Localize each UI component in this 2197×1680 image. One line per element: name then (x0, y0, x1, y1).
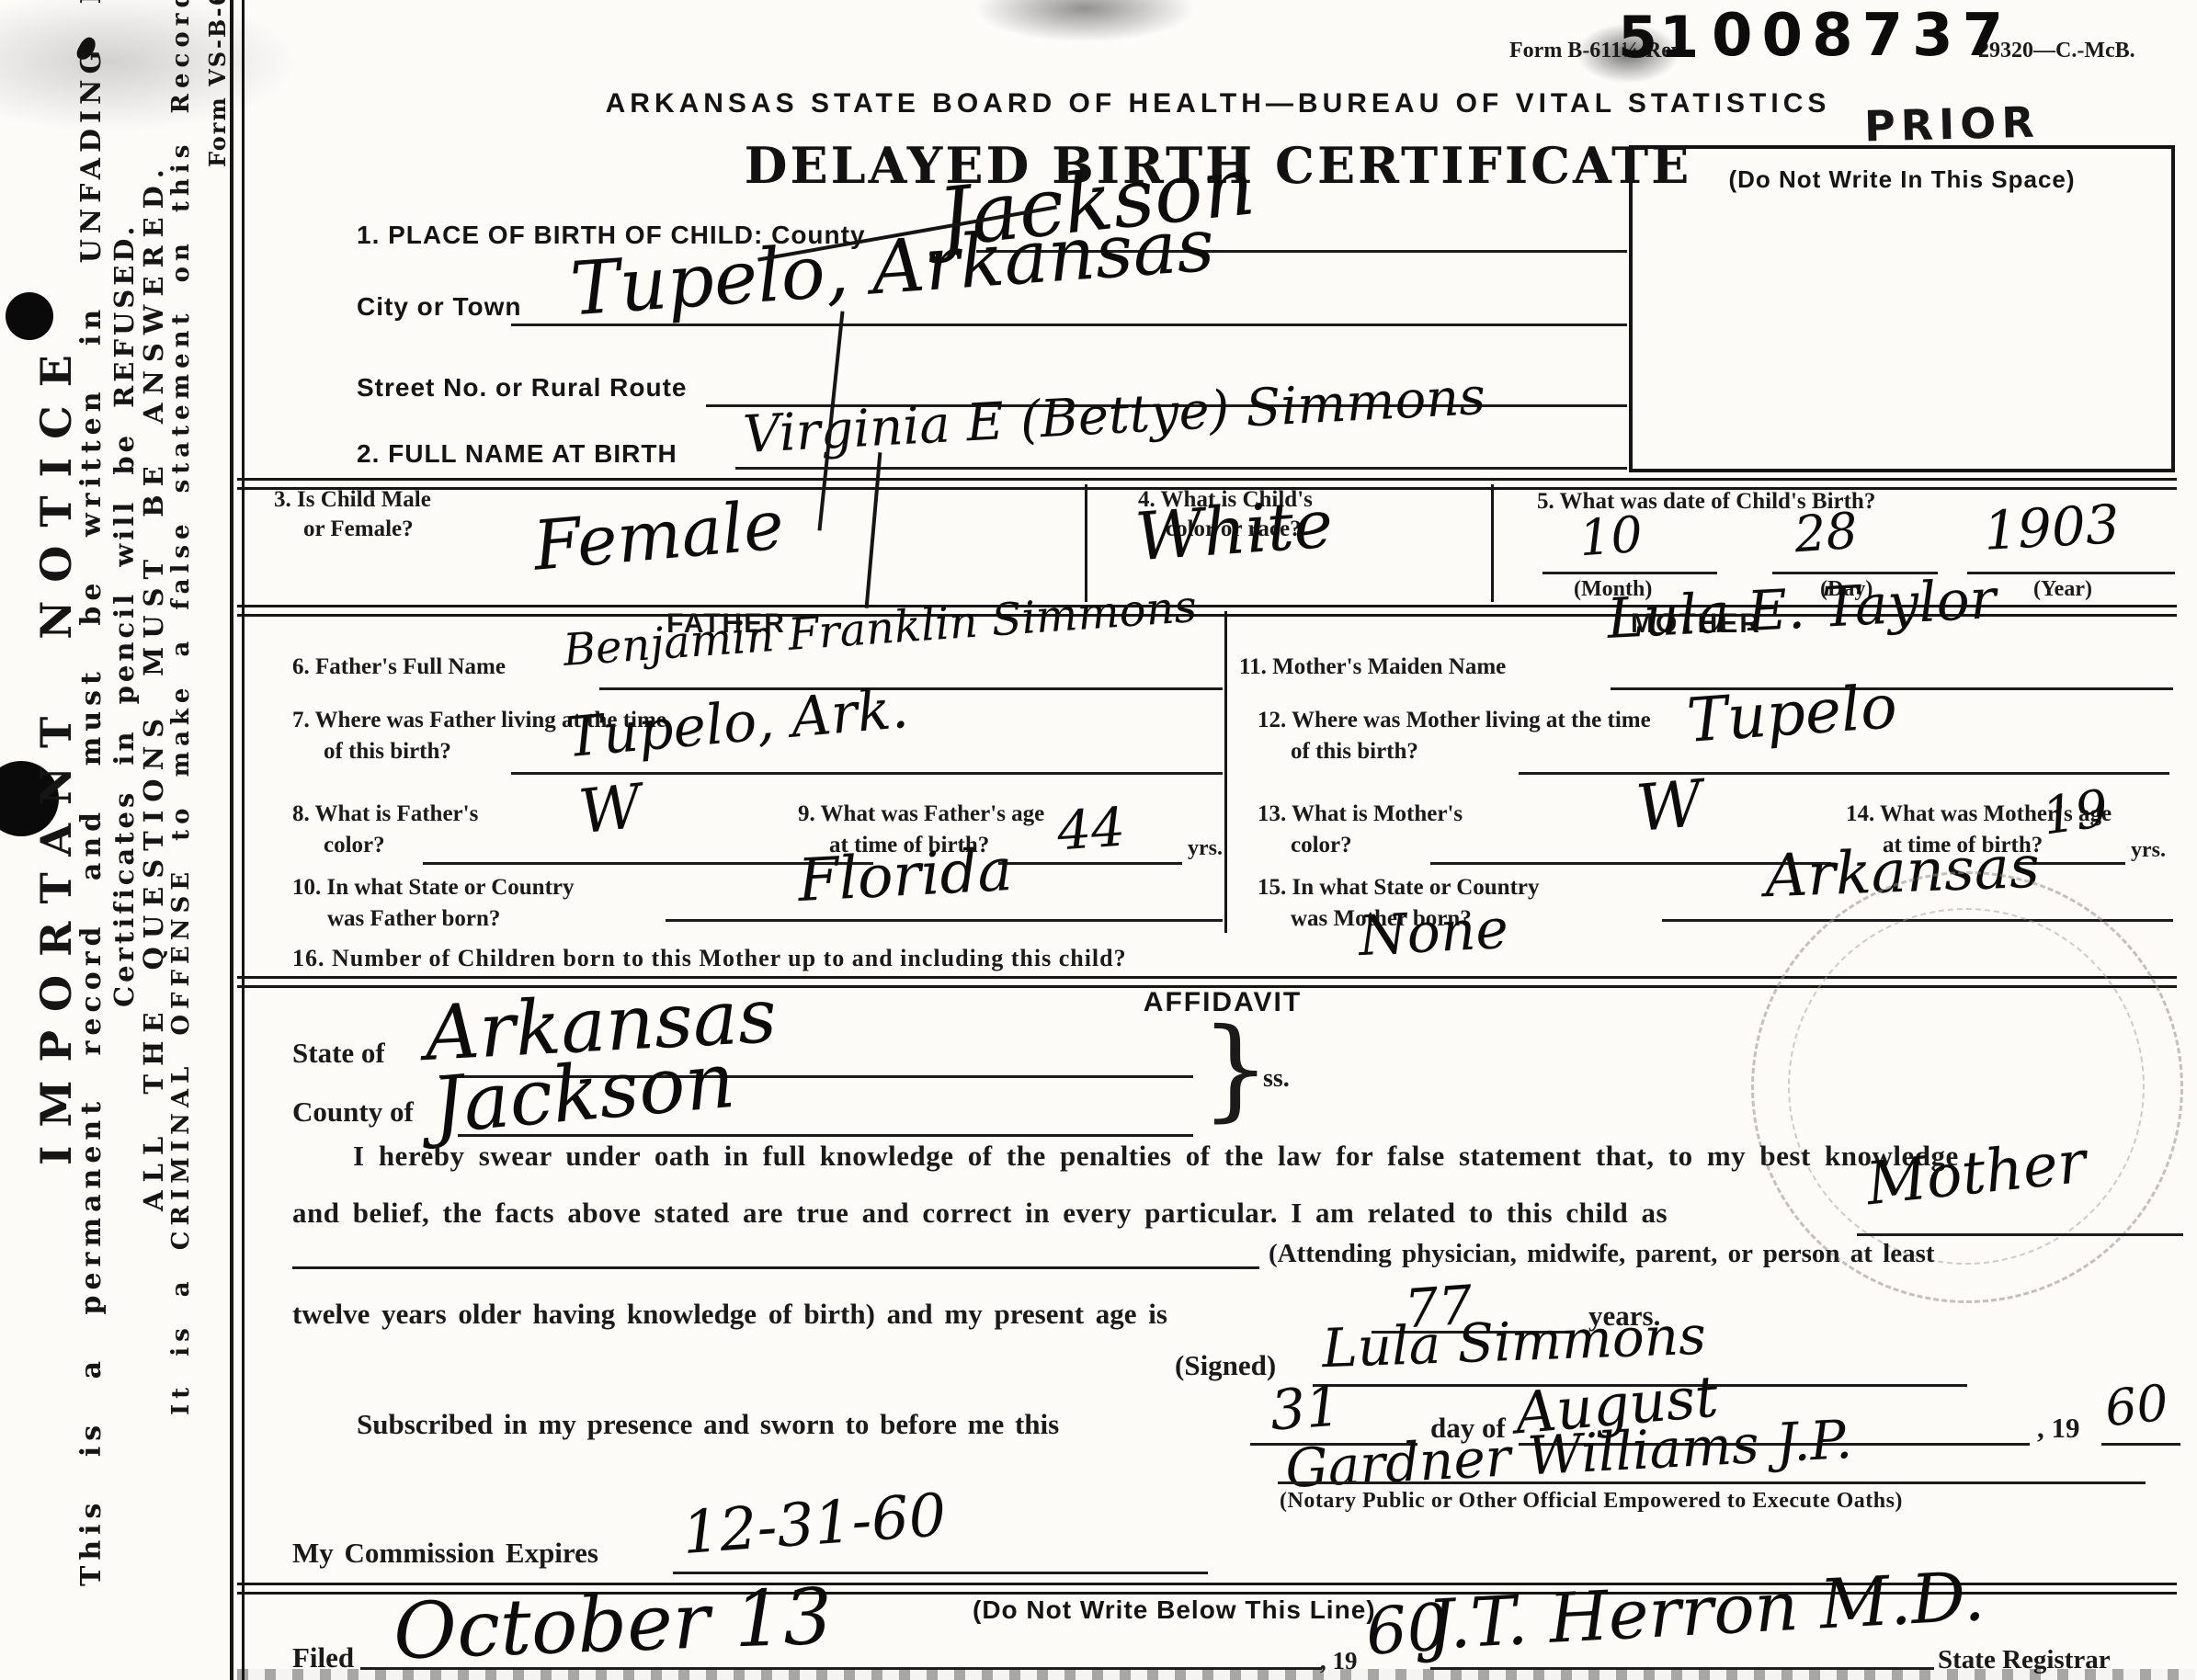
mother-color-label-2: color? (1291, 833, 1352, 858)
sworn-year-prefix: , 19 (2037, 1412, 2080, 1445)
do-not-write-below-label: (Do Not Write Below This Line) (973, 1595, 1376, 1625)
father-age-value: 44 (1055, 796, 1127, 863)
father-age-line (998, 862, 1182, 865)
father-age-label-1: 9. What was Father's age (798, 801, 1044, 827)
father-born-line (666, 919, 1223, 922)
scan-smudge (0, 0, 313, 138)
father-color-label-1: 8. What is Father's (292, 801, 478, 827)
father-mother-divider (1224, 611, 1227, 933)
field-street-label: Street No. or Rural Route (357, 373, 687, 403)
mother-age-value: 19 (2039, 778, 2112, 846)
attending-blank-line (292, 1266, 1259, 1269)
sworn-year-value: 60 (2102, 1374, 2171, 1438)
father-age-units: yrs. (1188, 836, 1223, 861)
oath-line-2: and belief, the facts above stated are t… (292, 1197, 1668, 1230)
children-count-value: None (1357, 897, 1509, 969)
field-city-label: City or Town (357, 292, 521, 322)
field-sex-value: Female (530, 485, 787, 585)
father-name-value: Benjamin Franklin Simmons (562, 581, 1199, 676)
sworn-day-value: 31 (1269, 1374, 1343, 1443)
ss-brace: } (1201, 1005, 1270, 1133)
serial-stamp-prefix: 51 (1618, 4, 1701, 71)
mother-name-label: 11. Mother's Maiden Name (1239, 654, 1506, 680)
father-name-label: 6. Father's Full Name (292, 654, 506, 680)
field-dob-year-value: 1903 (1982, 493, 2121, 562)
sworn-year-rule (2101, 1443, 2180, 1446)
ss-label: ss. (1263, 1064, 1290, 1094)
mother-color-label-1: 13. What is Mother's (1258, 801, 1463, 827)
margin-questions-note: ALL THE QUESTIONS MUST BE ANSWERED. (138, 161, 169, 1211)
margin-criminal-offense-note: It is a CRIMINAL OFFENSE to make a false… (167, 0, 195, 1415)
scan-smudge (974, 0, 1195, 42)
field-name-label: 2. FULL NAME AT BIRTH (357, 439, 677, 469)
board-header: ARKANSAS STATE BOARD OF HEALTH—BUREAU OF… (276, 88, 2160, 119)
column-divider (1491, 484, 1494, 602)
registrar-signature: J.T. Herron M.D. (1425, 1557, 1986, 1665)
mother-color-value: W (1634, 766, 1706, 846)
mother-living-label-2: of this birth? (1291, 739, 1418, 765)
mother-age-units: yrs. (2131, 838, 2166, 863)
mother-living-value: Tupelo (1685, 671, 1900, 756)
serial-stamp-number: 008737 (1712, 2, 2012, 70)
margin-permanent-record-note: This is a permanent record and must be w… (75, 0, 108, 1586)
father-born-label-1: 10. In what State or Country (292, 875, 575, 901)
mother-living-line (1519, 772, 2169, 775)
form-left-border (230, 0, 245, 1680)
pen-stroke (865, 452, 882, 608)
present-age-line: twelve years older having knowledge of b… (292, 1298, 1167, 1331)
do-not-write-box: (Do Not Write In This Space) (1629, 145, 2175, 472)
punch-hole (6, 292, 53, 340)
affidavit-state-label: State of (292, 1037, 385, 1070)
father-living-value: Tupelo, Ark. (563, 676, 911, 770)
field-dob-month-value: 10 (1577, 505, 1645, 568)
dob-month-line (1542, 572, 1717, 574)
margin-certificates-note: Certificates in pencil will be REFUSED. (108, 222, 140, 1007)
father-born-value: Florida (796, 836, 1014, 915)
father-color-value: W (575, 771, 645, 848)
filed-date-value: October 13 (392, 1572, 834, 1677)
field-race-value: White (1133, 485, 1335, 576)
father-born-label-2: was Father born? (327, 906, 500, 932)
oath-line-1: I hereby swear under oath in full knowle… (353, 1140, 1959, 1173)
do-not-write-label: (Do Not Write In This Space) (1633, 165, 2171, 194)
notary-label: (Notary Public or Other Official Empower… (1280, 1489, 1903, 1514)
commission-label: My Commission Expires (292, 1537, 598, 1570)
scan-cutoff-band (237, 1669, 2195, 1680)
mother-living-label-1: 12. Where was Mother living at the time (1258, 708, 1651, 733)
notary-rule (1278, 1481, 2146, 1484)
father-living-label-2: of this birth? (324, 739, 451, 765)
column-divider (1085, 484, 1087, 602)
father-color-label-2: color? (324, 833, 385, 858)
affidavit-county-label: County of (292, 1095, 414, 1129)
attending-note: (Attending physician, midwife, parent, o… (1269, 1239, 1935, 1269)
commission-value: 12-31-60 (680, 1481, 949, 1568)
field-name-value: Virginia E (Bettye) Simmons (742, 367, 1487, 465)
subscribed-label: Subscribed in my presence and sworn to b… (357, 1408, 1059, 1441)
signed-label: (Signed) (1175, 1349, 1276, 1382)
children-count-label: 16. Number of Children born to this Moth… (292, 945, 1127, 972)
margin-important-notice: IMPORTANT NOTICE (31, 336, 81, 1165)
mother-name-value: Lula E. Taylor (1605, 567, 1998, 652)
delayed-birth-certificate-scan: IMPORTANT NOTICE This is a permanent rec… (0, 0, 2197, 1680)
margin-form-code: Form VS-B-60 (204, 0, 231, 167)
father-name-line (599, 687, 1223, 690)
field-sex-label-2: or Female? (303, 516, 414, 542)
field-name-line (735, 467, 1627, 470)
embossed-seal-inner (1788, 908, 2145, 1265)
relation-line (1857, 1233, 2183, 1236)
notary-signature: Gardner Williams J.P. (1284, 1408, 1854, 1500)
field-sex-label-1: 3. Is Child Male (274, 487, 431, 513)
field-dob-day-value: 28 (1793, 502, 1860, 564)
dob-year-line (1967, 572, 2175, 574)
dob-year-label: (Year) (2033, 577, 2092, 602)
